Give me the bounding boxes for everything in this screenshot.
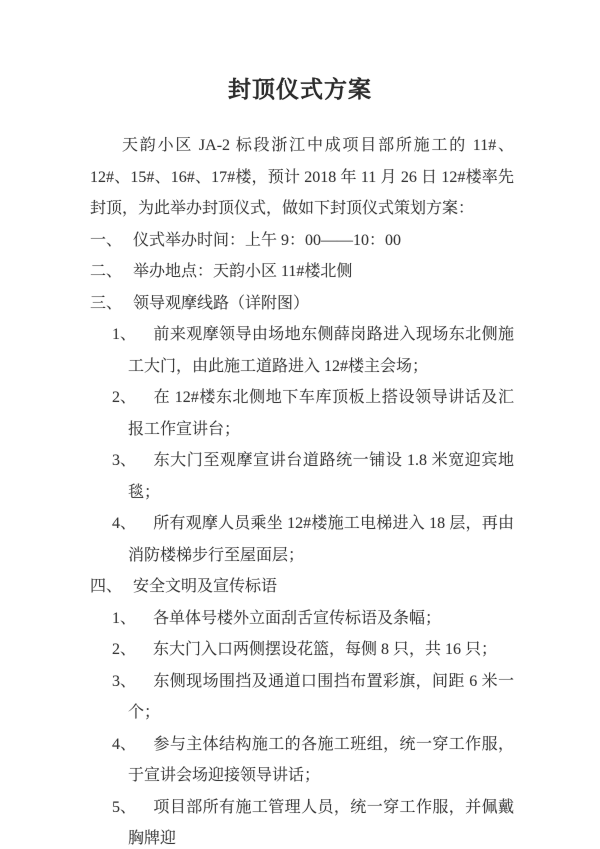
list-item: 3、东侧现场围挡及通道口围挡布置彩旗，间距 6 米一个；	[128, 666, 514, 729]
section-title-text: 举办地点：天韵小区 11#楼北侧	[133, 256, 352, 288]
list-item-text: 东大门入口两侧摆设花篮，每侧 8 只，共 16 只；	[153, 641, 497, 658]
list-item: 3、东大门至观摩宣讲台道路统一铺设 1.8 米宽迎宾地毯；	[128, 445, 514, 508]
document-page: 封顶仪式方案 天韵小区 JA-2 标段浙江中成项目部所施工的 11#、12#、1…	[0, 0, 600, 849]
list-item-number: 3、	[112, 445, 153, 477]
section-heading: 三、领导观摩线路（详附图）	[90, 288, 514, 320]
section-heading: 二、举办地点：天韵小区 11#楼北侧	[90, 256, 514, 288]
list-item-number: 4、	[112, 729, 153, 761]
list-item-number: 2、	[112, 634, 153, 666]
section-heading: 一、仪式举办时间：上午 9：00——10：00	[90, 225, 514, 257]
list-item-text: 前来观摩领导由场地东侧薛岗路进入现场东北侧施工大门，由此施工道路进入 12#楼主…	[128, 326, 514, 375]
list-item-number: 3、	[112, 666, 153, 698]
list-item: 5、项目部所有施工管理人员，统一穿工作服，并佩戴胸牌迎	[128, 792, 514, 849]
list-item-text: 项目部所有施工管理人员，统一穿工作服，并佩戴胸牌迎	[128, 799, 514, 848]
list-item: 2、东大门入口两侧摆设花篮，每侧 8 只，共 16 只；	[128, 634, 514, 666]
section-number: 一、	[90, 225, 133, 257]
list-item-text: 参与主体结构施工的各施工班组，统一穿工作服，于宣讲会场迎接领导讲话；	[128, 736, 514, 785]
list-item-number: 2、	[112, 382, 153, 414]
list-item: 1、前来观摩领导由场地东侧薛岗路进入现场东北侧施工大门，由此施工道路进入 12#…	[128, 319, 514, 382]
list-item-text: 各单体号楼外立面刮舌宣传标语及条幅；	[153, 610, 441, 627]
section-number: 四、	[90, 571, 133, 603]
document-body: 天韵小区 JA-2 标段浙江中成项目部所施工的 11#、12#、15#、16#、…	[90, 130, 514, 849]
list-item: 4、所有观摩人员乘坐 12#楼施工电梯进入 18 层，再由消防楼梯步行至屋面层；	[128, 508, 514, 571]
list-item-text: 东侧现场围挡及通道口围挡布置彩旗，间距 6 米一个；	[128, 673, 514, 722]
list-item: 1、各单体号楼外立面刮舌宣传标语及条幅；	[128, 603, 514, 635]
document-title: 封顶仪式方案	[0, 0, 600, 104]
list-item-text: 东大门至观摩宣讲台道路统一铺设 1.8 米宽迎宾地毯；	[128, 452, 514, 501]
section-title-text: 仪式举办时间：上午 9：00——10：00	[133, 225, 401, 257]
section-title-text: 安全文明及宣传标语	[133, 571, 277, 603]
list-item: 4、参与主体结构施工的各施工班组，统一穿工作服，于宣讲会场迎接领导讲话；	[128, 729, 514, 792]
section-heading: 四、安全文明及宣传标语	[90, 571, 514, 603]
section-title-text: 领导观摩线路（详附图）	[133, 288, 309, 320]
section-number: 三、	[90, 288, 133, 320]
list-item-number: 1、	[112, 319, 153, 351]
sections-container: 一、仪式举办时间：上午 9：00——10：00二、举办地点：天韵小区 11#楼北…	[90, 225, 514, 849]
list-item-text: 在 12#楼东北侧地下车库顶板上搭设领导讲话及汇报工作宣讲台；	[128, 389, 514, 438]
list-item-text: 所有观摩人员乘坐 12#楼施工电梯进入 18 层，再由消防楼梯步行至屋面层；	[128, 515, 514, 564]
list-item-number: 5、	[112, 792, 153, 824]
intro-paragraph: 天韵小区 JA-2 标段浙江中成项目部所施工的 11#、12#、15#、16#、…	[90, 130, 514, 225]
section-number: 二、	[90, 256, 133, 288]
list-item-number: 1、	[112, 603, 153, 635]
list-item-number: 4、	[112, 508, 153, 540]
list-item: 2、在 12#楼东北侧地下车库顶板上搭设领导讲话及汇报工作宣讲台；	[128, 382, 514, 445]
